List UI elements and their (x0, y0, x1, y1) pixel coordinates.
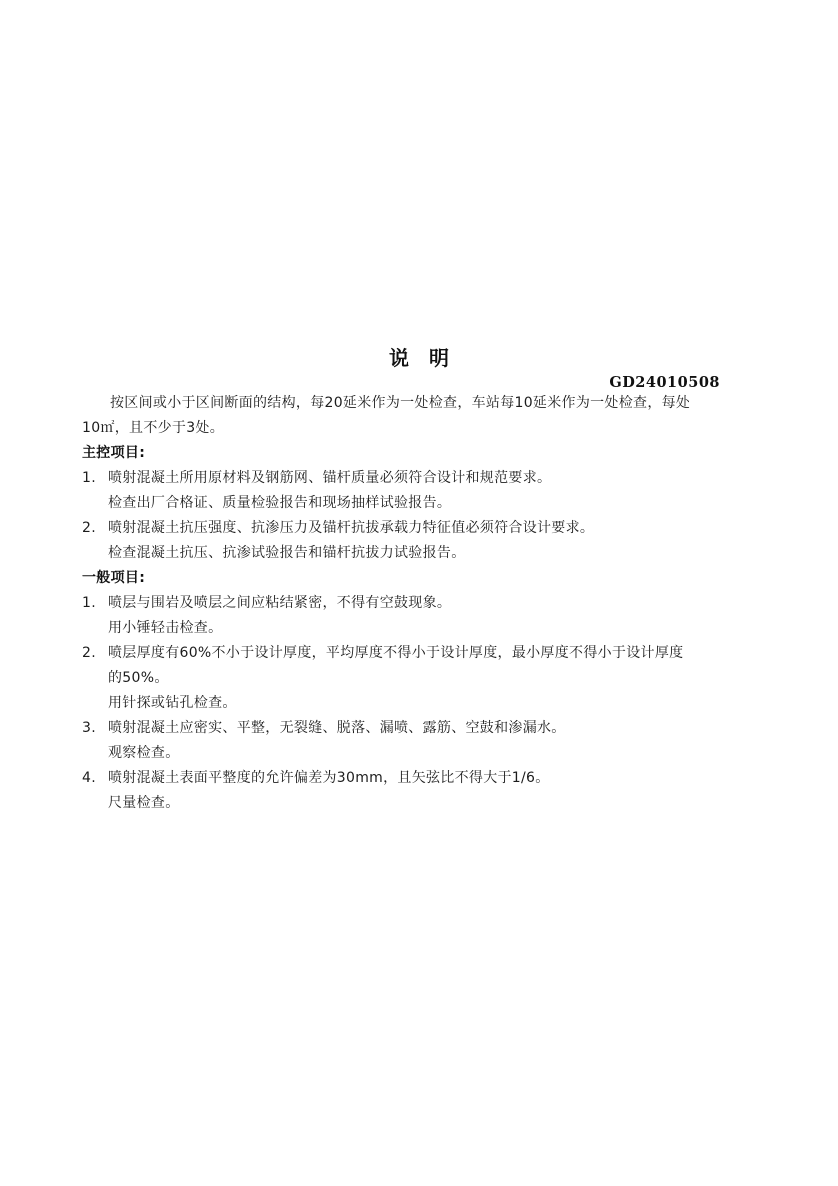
list-item: 1. 喷射混凝土所用原材料及钢筋网、锚杆质量必须符合设计和规范要求。 (82, 466, 730, 491)
document-body: 按区间或小于区间断面的结构，每20延米作为一处检查，车站每10延米作为一处检查，… (82, 391, 730, 816)
page-title: 说 明 (0, 342, 838, 371)
item-text-line: 喷射混凝土抗压强度、抗渗压力及锚杆抗拔承载力特征值必须符合设计要求。 (108, 516, 594, 541)
list-item: 2. 喷层厚度有60%不小于设计厚度，平均厚度不得小于设计厚度，最小厚度不得小于… (82, 641, 730, 666)
item-number: 1. (82, 466, 108, 491)
document-number: GD24010508 (609, 374, 720, 391)
item-method-line: 检查混凝土抗压、抗渗试验报告和锚杆抗拔力试验报告。 (82, 541, 730, 566)
item-text-line: 喷射混凝土表面平整度的允许偏差为30mm，且矢弦比不得大于1/6。 (108, 766, 550, 791)
item-method-line: 用小锤轻击检查。 (82, 616, 730, 641)
list-item: 2. 喷射混凝土抗压强度、抗渗压力及锚杆抗拔承载力特征值必须符合设计要求。 (82, 516, 730, 541)
intro-line: 按区间或小于区间断面的结构，每20延米作为一处检查，车站每10延米作为一处检查，… (82, 391, 730, 416)
item-method-line: 观察检查。 (82, 741, 730, 766)
document-page: 说 明 GD24010508 按区间或小于区间断面的结构，每20延米作为一处检查… (0, 0, 838, 1186)
list-item: 3. 喷射混凝土应密实、平整，无裂缝、脱落、漏喷、露筋、空鼓和渗漏水。 (82, 716, 730, 741)
item-text-line: 喷射混凝土应密实、平整，无裂缝、脱落、漏喷、露筋、空鼓和渗漏水。 (108, 716, 566, 741)
intro-line: 10㎡，且不少于3处。 (82, 416, 730, 441)
item-method-line: 用针探或钻孔检查。 (82, 691, 730, 716)
section-heading-general: 一般项目: (82, 566, 730, 591)
item-number: 4. (82, 766, 108, 791)
section-heading-main-control: 主控项目: (82, 441, 730, 466)
item-text-line: 喷层与围岩及喷层之间应粘结紧密，不得有空鼓现象。 (108, 591, 451, 616)
item-text-line: 喷层厚度有60%不小于设计厚度，平均厚度不得小于设计厚度，最小厚度不得小于设计厚… (108, 641, 683, 666)
list-item: 1. 喷层与围岩及喷层之间应粘结紧密，不得有空鼓现象。 (82, 591, 730, 616)
item-number: 2. (82, 516, 108, 541)
item-text-line: 的50%。 (82, 666, 730, 691)
item-number: 1. (82, 591, 108, 616)
list-item: 4. 喷射混凝土表面平整度的允许偏差为30mm，且矢弦比不得大于1/6。 (82, 766, 730, 791)
item-number: 3. (82, 716, 108, 741)
item-text-line: 喷射混凝土所用原材料及钢筋网、锚杆质量必须符合设计和规范要求。 (108, 466, 551, 491)
item-method-line: 尺量检查。 (82, 791, 730, 816)
item-number: 2. (82, 641, 108, 666)
item-method-line: 检查出厂合格证、质量检验报告和现场抽样试验报告。 (82, 491, 730, 516)
